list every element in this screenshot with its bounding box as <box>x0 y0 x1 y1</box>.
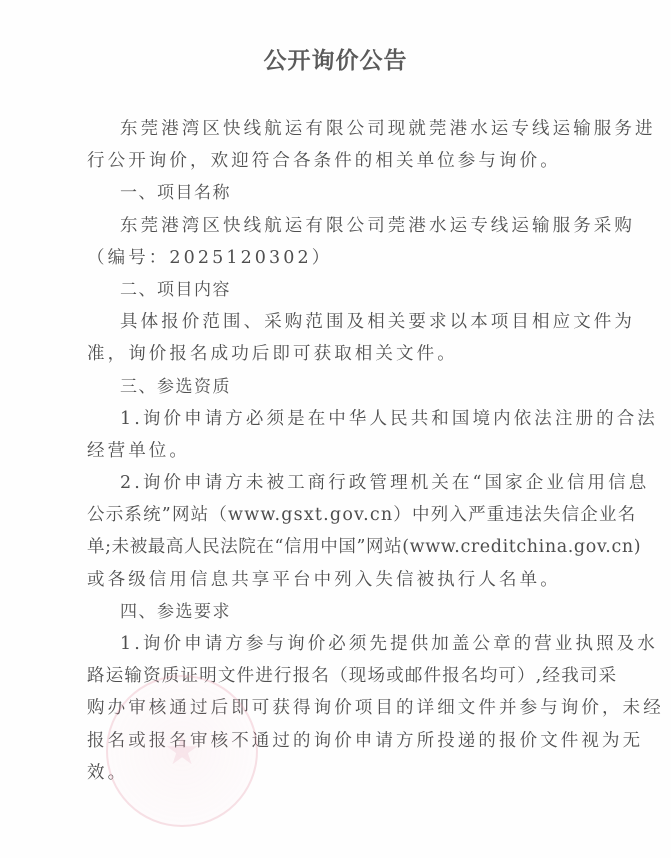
document-page: 公开询价公告 东莞港湾区快线航运有限公司现就莞港水运专线运输服务进 行公开询价，… <box>0 0 671 858</box>
project-name-line-1: 东莞港湾区快线航运有限公司莞港水运专线运输服务采购 <box>87 210 593 242</box>
document-title: 公开询价公告 <box>0 44 671 78</box>
project-content-line-2: 准，询价报名成功后即可获取相关文件。 <box>87 338 593 370</box>
qualification-1-line-2: 经营单位。 <box>87 435 593 467</box>
qualification-1-line-1: 1.询价申请方必须是在中华人民共和国境内依法注册的合法 <box>87 403 593 435</box>
section-heading-project-name: 一、项目名称 <box>87 177 593 209</box>
qualification-2-line-2: 公示系统”网站（www.gsxt.gov.cn）中列入严重违法失信企业名 <box>87 499 593 531</box>
project-content-line-1: 具体报价范围、采购范围及相关要求以本项目相应文件为 <box>87 306 593 338</box>
intro-paragraph-line-2: 行公开询价，欢迎符合各条件的相关单位参与询价。 <box>87 145 593 177</box>
qualification-2-line-4: 或各级信用信息共享平台中列入失信被执行人名单。 <box>87 564 593 596</box>
intro-paragraph-line-1: 东莞港湾区快线航运有限公司现就莞港水运专线运输服务进 <box>87 113 593 145</box>
requirement-1-line-4: 报名或报名审核不通过的询价申请方所投递的报价文件视为无 <box>87 725 593 757</box>
document-body: 东莞港湾区快线航运有限公司现就莞港水运专线运输服务进 行公开询价，欢迎符合各条件… <box>87 113 593 789</box>
project-name-line-2: （编号：2025120302） <box>87 242 593 274</box>
section-heading-project-content: 二、项目内容 <box>87 274 593 306</box>
qualification-2-line-1: 2.询价申请方未被工商行政管理机关在“国家企业信用信息 <box>87 467 593 499</box>
section-heading-requirements: 四、参选要求 <box>87 596 593 628</box>
requirement-1-line-5: 效。 <box>87 757 593 789</box>
section-heading-qualifications: 三、参选资质 <box>87 371 593 403</box>
requirement-1-line-1: 1.询价申请方参与询价必须先提供加盖公章的营业执照及水 <box>87 628 593 660</box>
requirement-1-line-3: 购办审核通过后即可获得询价项目的详细文件并参与询价，未经 <box>87 692 593 724</box>
requirement-1-line-2: 路运输资质证明文件进行报名（现场或邮件报名均可）,经我司采 <box>87 660 593 692</box>
qualification-2-line-3: 单;未被最高人民法院在“信用中国”网站(www.creditchina.gov.… <box>87 531 593 563</box>
